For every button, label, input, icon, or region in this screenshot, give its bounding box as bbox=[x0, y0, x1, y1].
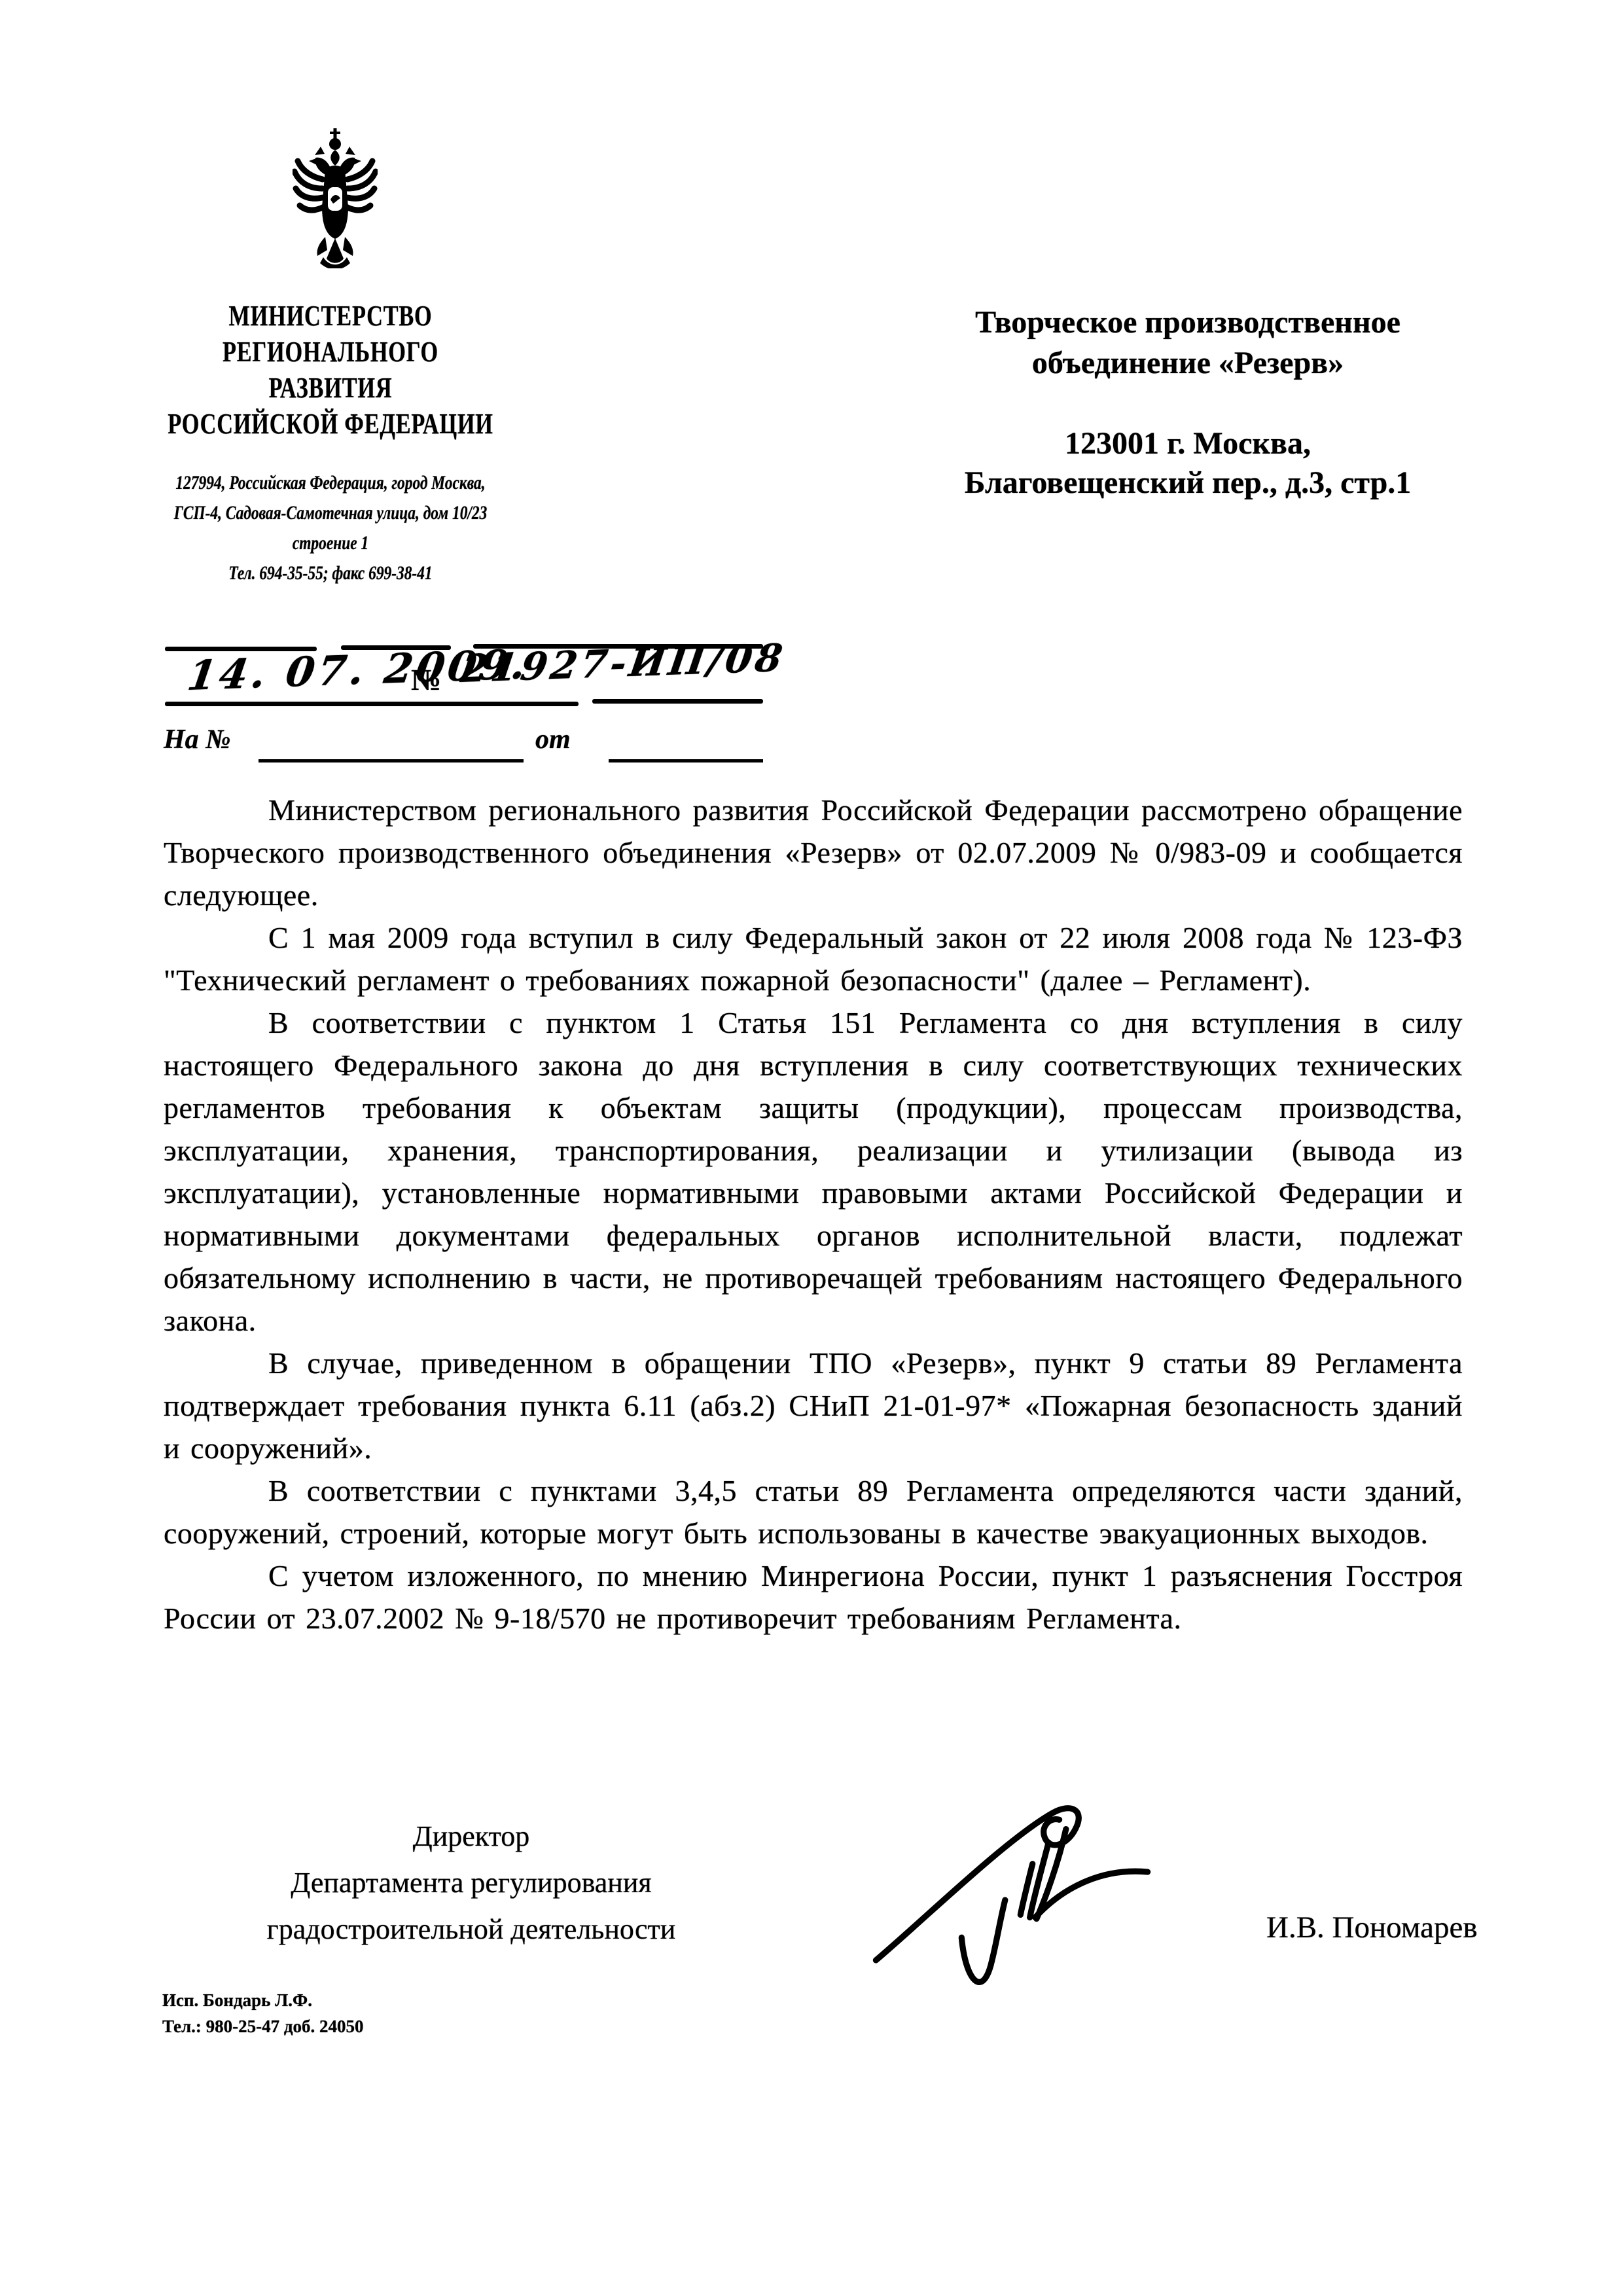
body-paragraph: В соответствии с пунктом 1 Статья 151 Ре… bbox=[164, 1001, 1463, 1342]
ministry-name-line: РОССИЙСКОЙ ФЕДЕРАЦИИ bbox=[162, 406, 499, 442]
ruled-line bbox=[165, 702, 579, 706]
recipient-address-line: Благовещенский пер., д.3, стр.1 bbox=[910, 463, 1466, 503]
body-paragraph: Министерством регионального развития Рос… bbox=[164, 789, 1463, 916]
recipient-organization: Творческое производственное объединение … bbox=[910, 302, 1466, 384]
reply-from-date-label: от bbox=[535, 724, 571, 755]
ministry-address-line: ГСП-4, Садовая-Самотечная улица, дом 10/… bbox=[172, 498, 489, 528]
body-paragraph: С 1 мая 2009 года вступил в силу Федерал… bbox=[164, 916, 1463, 1001]
body-paragraph: В случае, приведенном в обращении ТПО «Р… bbox=[164, 1342, 1463, 1469]
number-sign-label: № bbox=[411, 662, 441, 697]
recipient-organization-line: Творческое производственное bbox=[910, 302, 1466, 343]
signer-position-line: Департамента регулирования bbox=[196, 1859, 746, 1906]
ministry-address-line: 127994, Российская Федерация, город Моск… bbox=[172, 468, 489, 498]
executor-phone: Тел.: 980-25-47 доб. 24050 bbox=[162, 2013, 364, 2039]
ministry-address: 127994, Российская Федерация, город Моск… bbox=[172, 468, 489, 588]
scanned-letter-page: МИНИСТЕРСТВО РЕГИОНАЛЬНОГО РАЗВИТИЯ РОСС… bbox=[0, 0, 1623, 2296]
recipient-organization-line: объединение «Резерв» bbox=[910, 343, 1466, 384]
ministry-address-line: Тел. 694-35-55; факс 699-38-41 bbox=[172, 558, 489, 588]
signer-position-line: градостроительной деятельности bbox=[196, 1906, 746, 1952]
signer-position-line: Директор bbox=[196, 1813, 746, 1859]
recipient-address: 123001 г. Москва, Благовещенский пер., д… bbox=[910, 424, 1466, 503]
recipient-address-line: 123001 г. Москва, bbox=[910, 424, 1466, 463]
ministry-name-line: МИНИСТЕРСТВО bbox=[162, 298, 499, 334]
handwritten-signature bbox=[864, 1799, 1158, 2001]
blank-underline bbox=[259, 759, 524, 762]
blank-underline bbox=[609, 759, 763, 762]
russian-coat-of-arms-icon bbox=[293, 128, 378, 268]
body-paragraph: В соответствии с пунктами 3,4,5 статьи 8… bbox=[164, 1469, 1463, 1554]
reply-to-number-label: На № bbox=[164, 724, 231, 755]
executor-name: Исп. Бондарь Л.Ф. bbox=[162, 1987, 364, 2013]
ministry-name-line: РЕГИОНАЛЬНОГО РАЗВИТИЯ bbox=[162, 334, 499, 406]
letter-body: Министерством регионального развития Рос… bbox=[164, 789, 1463, 1640]
executor-footer: Исп. Бондарь Л.Ф. Тел.: 980-25-47 доб. 2… bbox=[162, 1987, 364, 2039]
body-paragraph: С учетом изложенного, по мнению Минрегио… bbox=[164, 1554, 1463, 1640]
signer-name: И.В. Пономарев bbox=[1266, 1910, 1478, 1945]
ministry-name: МИНИСТЕРСТВО РЕГИОНАЛЬНОГО РАЗВИТИЯ РОСС… bbox=[162, 298, 499, 442]
signer-position: Директор Департамента регулирования град… bbox=[196, 1813, 746, 1952]
ministry-address-line: строение 1 bbox=[172, 528, 489, 558]
ruled-line bbox=[592, 699, 763, 704]
